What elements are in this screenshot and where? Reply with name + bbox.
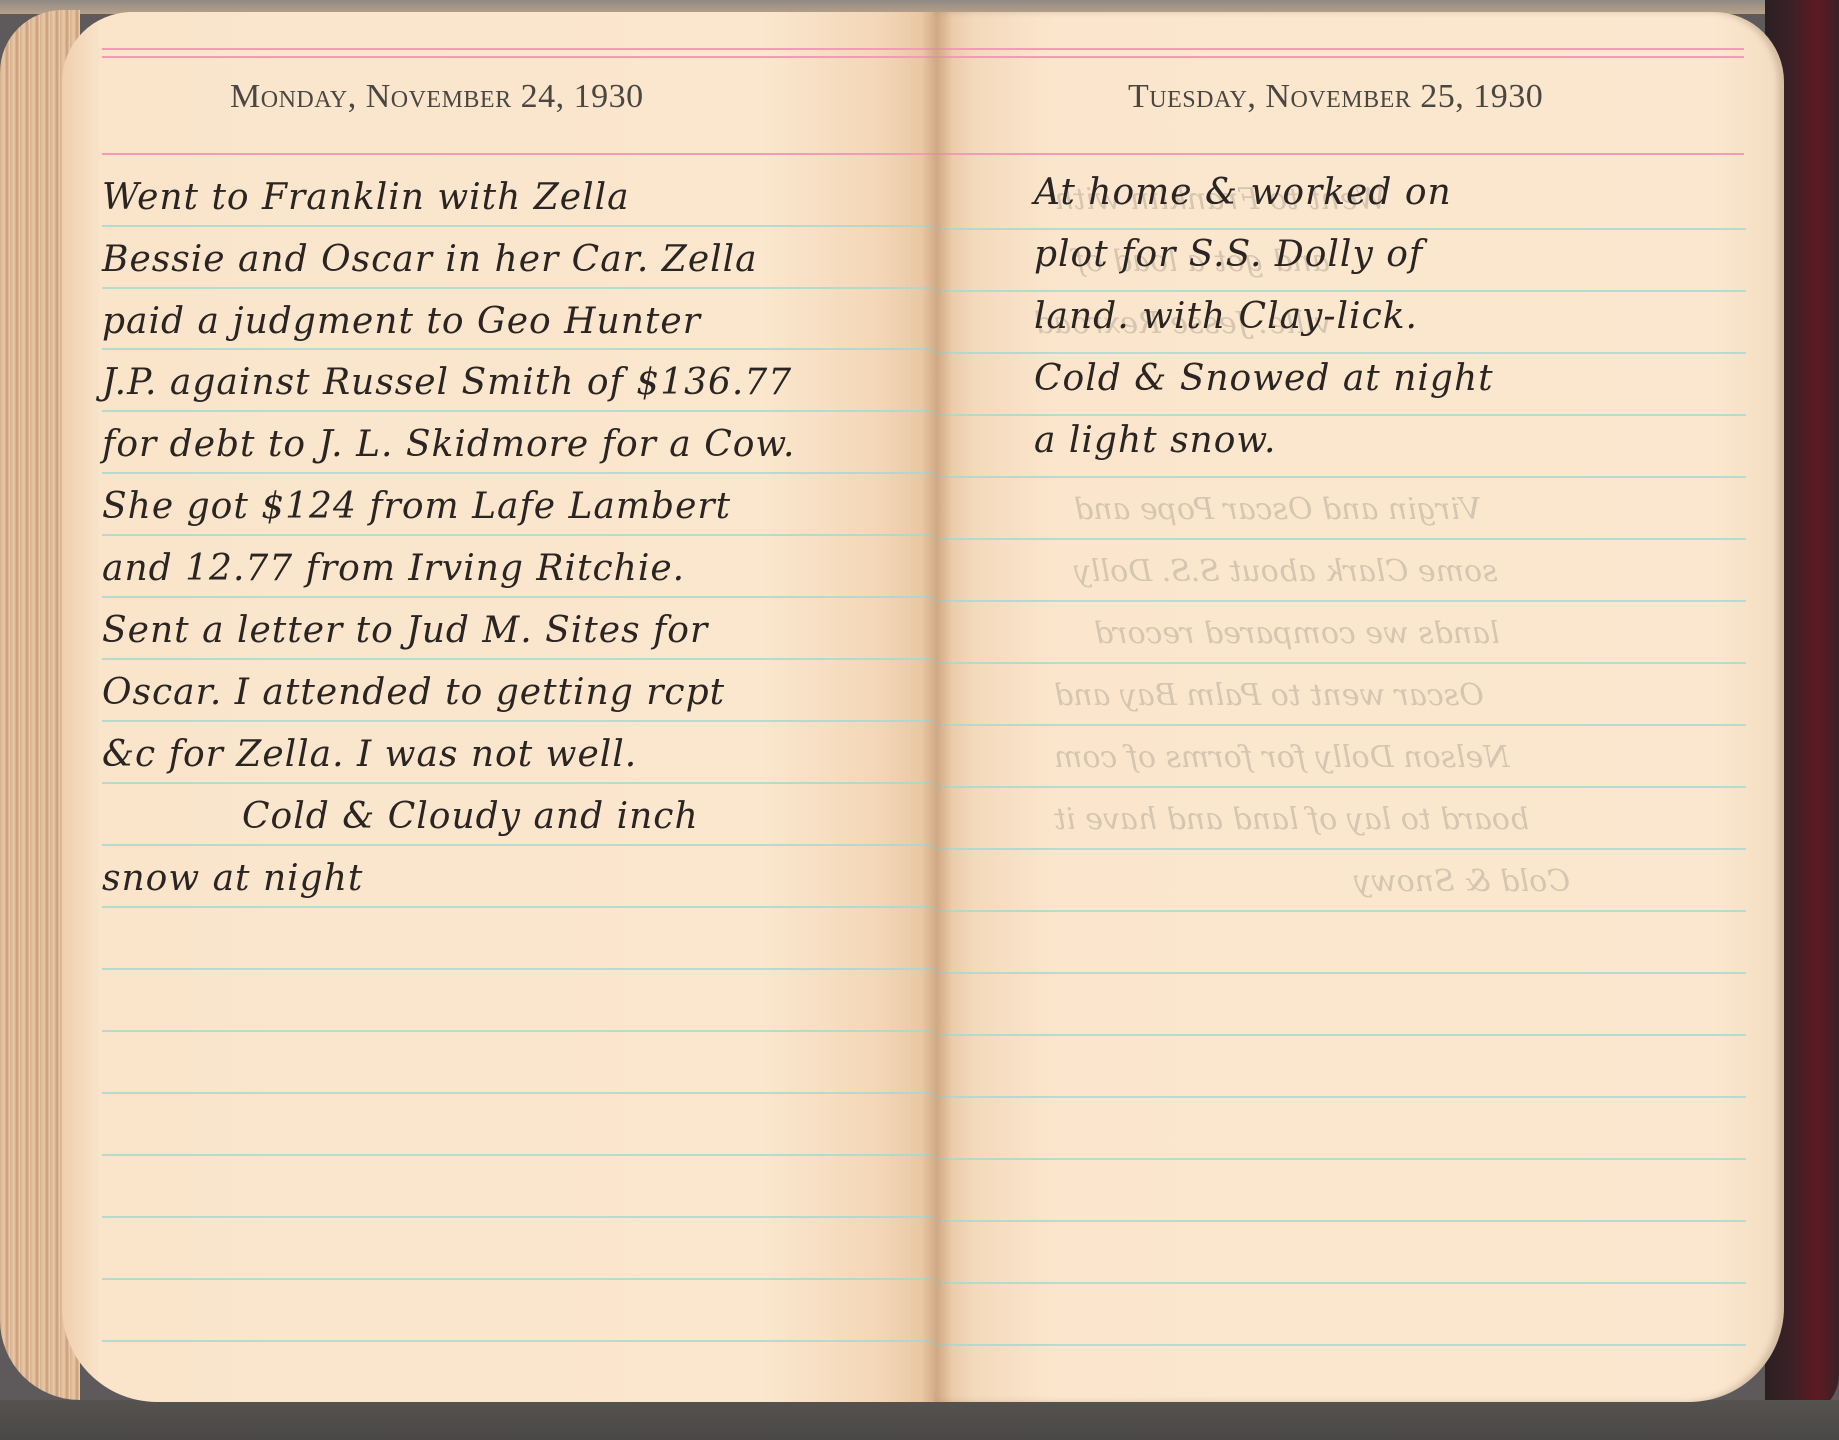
- ruled-line: [102, 1278, 934, 1280]
- header-rule-bottom: [102, 153, 934, 155]
- ruled-line: [934, 662, 1746, 664]
- ruled-line: [102, 844, 934, 846]
- bleed-through-line: Virgin and Oscar Pope and: [1074, 492, 1481, 527]
- ruled-line: [934, 1158, 1746, 1160]
- entry-line: for debt to J. L. Skidmore for a Cow.: [102, 424, 795, 465]
- entry-line: &c for Zella. I was not well.: [102, 734, 637, 775]
- entry-line: Bessie and Oscar in her Car. Zella: [102, 239, 758, 280]
- left-page: Monday, November 24, 1930 Went to Frankl…: [62, 12, 934, 1402]
- ruled-line: [102, 1154, 934, 1156]
- ruled-line: [102, 906, 934, 908]
- ruled-line: [934, 1220, 1746, 1222]
- ruled-line: [934, 352, 1746, 354]
- ruled-line: [102, 968, 934, 970]
- bleed-through-line: Nelson Dolly for forms of com: [1054, 740, 1510, 775]
- header-rule-top-2: [102, 56, 934, 58]
- ruled-line: [102, 1340, 934, 1342]
- ruled-line: [934, 600, 1746, 602]
- ruled-line: [102, 225, 934, 227]
- entry-line: Oscar. I attended to getting rcpt: [102, 672, 725, 713]
- entry-line: a light snow.: [1034, 420, 1276, 461]
- ruled-line: [934, 414, 1746, 416]
- ruled-line: [934, 290, 1746, 292]
- bleed-through-line: board to lay of land and have it: [1054, 802, 1529, 837]
- entry-line-weather: Cold & Cloudy and inch: [242, 796, 699, 837]
- header-rule-top: [102, 48, 934, 50]
- entry-line: She got $124 from Lafe Lambert: [102, 486, 731, 527]
- ruled-line: [934, 724, 1746, 726]
- ruled-line: [934, 848, 1746, 850]
- ruled-line: [934, 1282, 1746, 1284]
- ruled-line: [934, 228, 1746, 230]
- ruled-line: [102, 596, 934, 598]
- entry-line: and 12.77 from Irving Ritchie.: [102, 548, 685, 589]
- entry-line: land. with Clay-lick.: [1034, 296, 1418, 337]
- entry-line: Went to Franklin with Zella: [102, 177, 630, 218]
- entry-line: J.P. against Russel Smith of $136.77: [102, 362, 792, 403]
- entry-line: Sent a letter to Jud M. Sites for: [102, 610, 708, 651]
- open-diary: Monday, November 24, 1930 Went to Frankl…: [50, 12, 1790, 1407]
- ruled-line: [934, 476, 1746, 478]
- header-rule-top-2: [934, 56, 1744, 58]
- ruled-line: [102, 534, 934, 536]
- ruled-line: [934, 1096, 1746, 1098]
- ruled-line: [934, 1034, 1746, 1036]
- header-rule-bottom: [934, 153, 1744, 155]
- right-page: Tuesday, November 25, 1930 Went to Frank…: [934, 12, 1784, 1402]
- entry-line: At home & worked on: [1034, 172, 1452, 213]
- ruled-line: [102, 658, 934, 660]
- ruled-line: [934, 786, 1746, 788]
- entry-line: Cold & Snowed at night: [1034, 358, 1494, 399]
- ruled-line: [102, 1030, 934, 1032]
- date-header-tuesday: Tuesday, November 25, 1930: [1128, 78, 1543, 116]
- ruled-line: [102, 1216, 934, 1218]
- ruled-line: [102, 782, 934, 784]
- date-header-monday: Monday, November 24, 1930: [230, 78, 644, 116]
- ruled-line: [102, 1092, 934, 1094]
- ruled-line: [102, 410, 934, 412]
- bleed-through-line: lands we compared record: [1094, 616, 1500, 651]
- ruled-line: [102, 348, 934, 350]
- header-rule-top: [934, 48, 1744, 50]
- bleed-through-line: Oscar went to Palm Bay and: [1054, 678, 1484, 713]
- entry-line-weather: snow at night: [102, 858, 363, 899]
- ruled-line: [102, 287, 934, 289]
- ruled-line: [934, 910, 1746, 912]
- bleed-through-line: some Clark about S.S. Dolly: [1074, 554, 1498, 589]
- ruled-line: [102, 472, 934, 474]
- entry-line: plot for S.S. Dolly of: [1034, 234, 1423, 275]
- ruled-line: [934, 538, 1746, 540]
- bleed-through-line: Cold & Snowy: [1354, 864, 1570, 899]
- ruled-line: [102, 720, 934, 722]
- ruled-line: [934, 1344, 1746, 1346]
- ruled-line: [934, 972, 1746, 974]
- entry-line: paid a judgment to Geo Hunter: [102, 301, 701, 342]
